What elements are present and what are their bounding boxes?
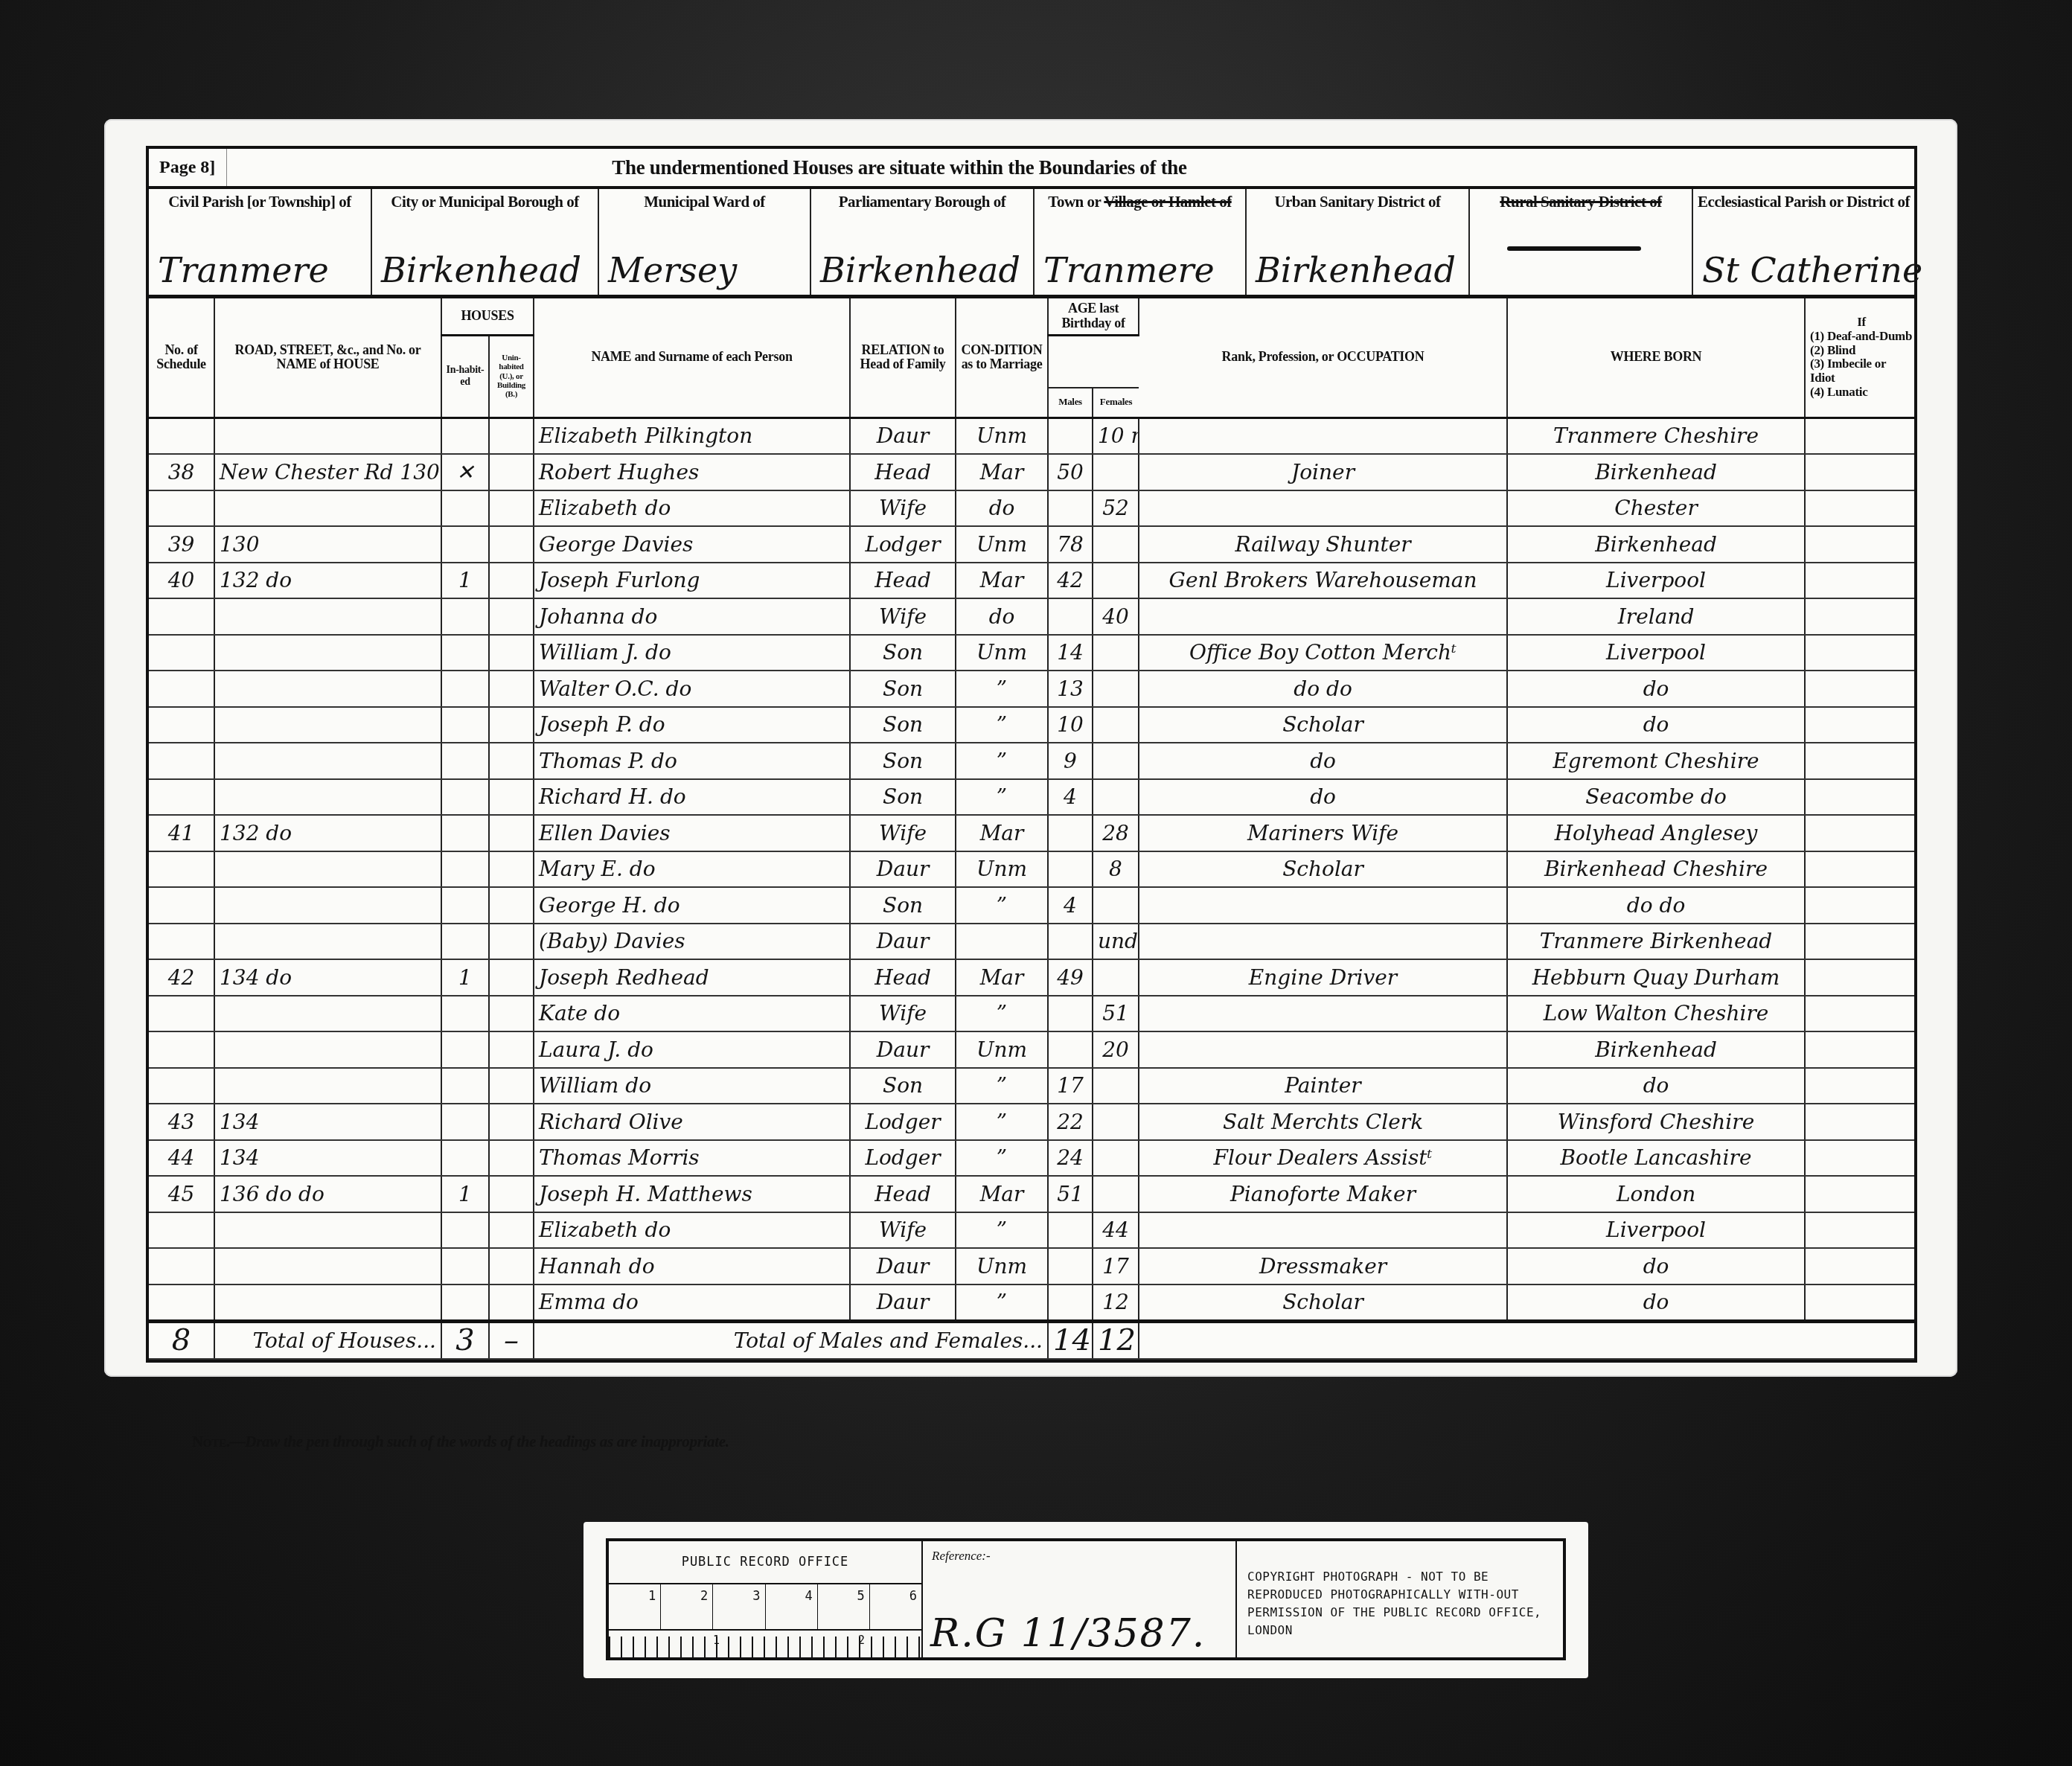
boundary-town: Town or Village or Hamlet of Tranmere <box>1035 189 1247 295</box>
infirmity-cell <box>1805 417 1914 454</box>
occupation-cell: Dressmaker <box>1139 1248 1507 1284</box>
table-row: 44134Thomas MorrisLodger”24Flour Dealers… <box>149 1140 1914 1177</box>
inhabited-cell <box>441 1068 489 1104</box>
where-born-cell: do do <box>1507 887 1805 924</box>
infirmity-cell <box>1805 1212 1914 1249</box>
name-cell: Richard H. do <box>534 779 850 816</box>
female-age-cell <box>1093 707 1139 743</box>
col-males: Males <box>1048 388 1093 418</box>
schedule-cell: 45 <box>149 1176 214 1212</box>
name-cell: George H. do <box>534 887 850 924</box>
female-age-cell <box>1093 1176 1139 1212</box>
where-born-cell: Egremont Cheshire <box>1507 743 1805 779</box>
schedule-cell <box>149 671 214 707</box>
where-born-cell: Birkenhead <box>1507 454 1805 490</box>
census-table: No. of Schedule ROAD, STREET, &c., and N… <box>149 298 1914 1360</box>
total-schedules: 8 <box>149 1322 214 1359</box>
uninhabited-cell <box>489 1176 534 1212</box>
name-cell: William do <box>534 1068 850 1104</box>
road-cell: 134 do <box>214 959 441 996</box>
where-born-cell: Chester <box>1507 490 1805 527</box>
where-born-cell: do <box>1507 1284 1805 1322</box>
where-born-cell: Tranmere Cheshire <box>1507 417 1805 454</box>
condition-cell: Unm <box>956 635 1048 671</box>
record-office-label: PUBLIC RECORD OFFICE 1 2 3 4 5 6 1 2 Ref… <box>583 1522 1588 1678</box>
uninhabited-cell <box>489 454 534 490</box>
inhabited-cell <box>441 851 489 888</box>
female-age-cell <box>1093 779 1139 816</box>
inhabited-cell <box>441 635 489 671</box>
male-age-cell <box>1048 490 1093 527</box>
infirmity-cell <box>1805 1284 1914 1322</box>
inhabited-cell <box>441 924 489 960</box>
uninhabited-cell <box>489 851 534 888</box>
ruler-ticks <box>609 1637 921 1657</box>
schedule-cell <box>149 417 214 454</box>
female-age-cell: 40 <box>1093 598 1139 635</box>
infirmity-cell <box>1805 563 1914 599</box>
where-born-cell: London <box>1507 1176 1805 1212</box>
table-row: 45136 do do1Joseph H. MatthewsHeadMar51P… <box>149 1176 1914 1212</box>
col-females: Females <box>1093 388 1139 418</box>
struck-heading: Village or Hamlet of <box>1104 193 1231 211</box>
where-born-cell: Liverpool <box>1507 563 1805 599</box>
where-born-cell: do <box>1507 671 1805 707</box>
uninhabited-cell <box>489 1284 534 1322</box>
infirmity-cell <box>1805 454 1914 490</box>
road-cell <box>214 887 441 924</box>
inhabited-cell <box>441 417 489 454</box>
table-row: Richard H. doSon”4doSeacombe do <box>149 779 1914 816</box>
female-age-cell: under 1 mo <box>1093 924 1139 960</box>
col-occupation: Rank, Profession, or OCCUPATION <box>1139 298 1507 417</box>
where-born-cell: Holyhead Anglesey <box>1507 815 1805 851</box>
inhabited-cell <box>441 779 489 816</box>
totals-row: 8 Total of Houses... 3 – Total of Males … <box>149 1322 1914 1359</box>
boundaries-row: Civil Parish [or Township] of Tranmere C… <box>149 189 1914 298</box>
name-cell: Elizabeth Pilkington <box>534 417 850 454</box>
condition-cell: ” <box>956 707 1048 743</box>
relation-cell: Son <box>850 635 956 671</box>
female-age-cell: 8 <box>1093 851 1139 888</box>
table-row: William J. doSonUnm14Office Boy Cotton M… <box>149 635 1914 671</box>
relation-cell: Wife <box>850 1212 956 1249</box>
relation-cell: Son <box>850 1068 956 1104</box>
occupation-cell <box>1139 996 1507 1032</box>
occupation-cell <box>1139 598 1507 635</box>
road-cell <box>214 598 441 635</box>
occupation-cell <box>1139 490 1507 527</box>
boundary-civil-parish: Civil Parish [or Township] of Tranmere <box>149 189 372 295</box>
female-age-cell <box>1093 1068 1139 1104</box>
name-cell: Elizabeth do <box>534 1212 850 1249</box>
where-born-cell: Ireland <box>1507 598 1805 635</box>
col-road: ROAD, STREET, &c., and No. or NAME of HO… <box>214 298 441 417</box>
female-age-cell: 12 <box>1093 1284 1139 1322</box>
schedule-cell: 39 <box>149 526 214 563</box>
boundary-value: Tranmere <box>1043 250 1215 290</box>
schedule-cell: 38 <box>149 454 214 490</box>
table-row: 42134 do1Joseph RedheadHeadMar49Engine D… <box>149 959 1914 996</box>
infirmity-cell <box>1805 1140 1914 1177</box>
occupation-cell <box>1139 1031 1507 1068</box>
table-row: Kate doWife”51Low Walton Cheshire <box>149 996 1914 1032</box>
inhabited-cell <box>441 887 489 924</box>
copyright-notice: COPYRIGHT PHOTOGRAPH - NOT TO BE REPRODU… <box>1237 1541 1563 1657</box>
male-age-cell: 49 <box>1048 959 1093 996</box>
uninhabited-cell <box>489 996 534 1032</box>
table-row: Walter O.C. doSon”13do dodo <box>149 671 1914 707</box>
schedule-cell <box>149 1248 214 1284</box>
boundary-ecclesiastical-parish: Ecclesiastical Parish or District of St … <box>1693 189 1914 295</box>
col-infirmity: If (1) Deaf-and-Dumb (2) Blind (3) Imbec… <box>1805 298 1914 417</box>
male-age-cell <box>1048 417 1093 454</box>
road-cell: 134 <box>214 1104 441 1140</box>
uninhabited-cell <box>489 743 534 779</box>
where-born-cell: Liverpool <box>1507 1212 1805 1249</box>
female-age-cell: 52 <box>1093 490 1139 527</box>
relation-cell: Wife <box>850 598 956 635</box>
table-row: 43134Richard OliveLodger”22Salt Merchts … <box>149 1104 1914 1140</box>
road-cell <box>214 1212 441 1249</box>
female-age-cell: 28 <box>1093 815 1139 851</box>
condition-cell: Mar <box>956 454 1048 490</box>
name-cell: (Baby) Davies <box>534 924 850 960</box>
page-number: Page 8] <box>149 149 227 186</box>
uninhabited-cell <box>489 924 534 960</box>
table-row: Elizabeth PilkingtonDaurUnm10 moTranmere… <box>149 417 1914 454</box>
female-age-cell <box>1093 887 1139 924</box>
relation-cell: Head <box>850 1176 956 1212</box>
relation-cell: Lodger <box>850 1140 956 1177</box>
infirmity-cell <box>1805 1068 1914 1104</box>
male-age-cell <box>1048 815 1093 851</box>
inhabited-cell <box>441 1140 489 1177</box>
infirmity-cell <box>1805 1031 1914 1068</box>
occupation-cell: Joiner <box>1139 454 1507 490</box>
condition-cell: ” <box>956 887 1048 924</box>
male-age-cell <box>1048 924 1093 960</box>
reference-box: Reference:- R.G 11/3587. <box>923 1541 1237 1657</box>
census-form: Page 8] The undermentioned Houses are si… <box>146 146 1917 1363</box>
col-schedule: No. of Schedule <box>149 298 214 417</box>
uninhabited-cell <box>489 887 534 924</box>
table-row: Emma doDaur”12Scholardo <box>149 1284 1914 1322</box>
inhabited-cell <box>441 1248 489 1284</box>
condition-cell: Mar <box>956 1176 1048 1212</box>
infirmity-cell <box>1805 490 1914 527</box>
col-condition: CON-DITION as to Marriage <box>956 298 1048 417</box>
table-row: (Baby) DaviesDaurunder 1 moTranmere Birk… <box>149 924 1914 960</box>
male-age-cell: 24 <box>1048 1140 1093 1177</box>
relation-cell: Son <box>850 671 956 707</box>
table-row: 41132 doEllen DaviesWifeMar28Mariners Wi… <box>149 815 1914 851</box>
male-age-cell <box>1048 1031 1093 1068</box>
where-born-cell: Tranmere Birkenhead <box>1507 924 1805 960</box>
boundary-rural-sanitary: Rural Sanitary District of <box>1470 189 1693 295</box>
occupation-cell <box>1139 1212 1507 1249</box>
blank-dash-mark <box>1507 246 1641 251</box>
infirmity-cell <box>1805 743 1914 779</box>
female-age-cell <box>1093 1140 1139 1177</box>
condition-cell: ” <box>956 779 1048 816</box>
condition-cell: Unm <box>956 1031 1048 1068</box>
female-age-cell <box>1093 959 1139 996</box>
occupation-cell: do <box>1139 779 1507 816</box>
schedule-cell <box>149 598 214 635</box>
name-cell: Walter O.C. do <box>534 671 850 707</box>
total-persons-label: Total of Males and Females... <box>534 1322 1048 1359</box>
road-cell <box>214 671 441 707</box>
infirmity-cell <box>1805 887 1914 924</box>
table-row: 38New Chester Rd 130✕Robert HughesHeadMa… <box>149 454 1914 490</box>
name-cell: Joseph Redhead <box>534 959 850 996</box>
table-row: Thomas P. doSon”9doEgremont Cheshire <box>149 743 1914 779</box>
infirmity-cell <box>1805 1248 1914 1284</box>
occupation-cell: Engine Driver <box>1139 959 1507 996</box>
where-born-cell: do <box>1507 1068 1805 1104</box>
uninhabited-cell <box>489 779 534 816</box>
where-born-cell: Winsford Cheshire <box>1507 1104 1805 1140</box>
occupation-cell: Pianoforte Maker <box>1139 1176 1507 1212</box>
occupation-cell: do <box>1139 743 1507 779</box>
infirmity-cell <box>1805 779 1914 816</box>
condition-cell: ” <box>956 1104 1048 1140</box>
schedule-cell: 40 <box>149 563 214 599</box>
inhabited-cell <box>441 815 489 851</box>
occupation-cell: Flour Dealers Assistᵗ <box>1139 1140 1507 1177</box>
relation-cell: Daur <box>850 1248 956 1284</box>
road-cell <box>214 635 441 671</box>
occupation-cell: Painter <box>1139 1068 1507 1104</box>
female-age-cell: 44 <box>1093 1212 1139 1249</box>
condition-cell: ” <box>956 1068 1048 1104</box>
table-row: Hannah doDaurUnm17Dressmakerdo <box>149 1248 1914 1284</box>
name-cell: Kate do <box>534 996 850 1032</box>
name-cell: Laura J. do <box>534 1031 850 1068</box>
table-row: Mary E. doDaurUnm8ScholarBirkenhead Ches… <box>149 851 1914 888</box>
record-office-title: PUBLIC RECORD OFFICE <box>609 1541 921 1584</box>
schedule-cell <box>149 707 214 743</box>
table-row: Elizabeth doWifedo52Chester <box>149 490 1914 527</box>
where-born-cell: do <box>1507 1248 1805 1284</box>
uninhabited-cell <box>489 1031 534 1068</box>
male-age-cell <box>1048 1284 1093 1322</box>
road-cell: 130 <box>214 526 441 563</box>
name-cell: Thomas P. do <box>534 743 850 779</box>
female-age-cell <box>1093 635 1139 671</box>
table-row: Johanna doWifedo40Ireland <box>149 598 1914 635</box>
male-age-cell <box>1048 1212 1093 1249</box>
boundary-value: St Catherine <box>1702 250 1922 290</box>
intro-text: The undermentioned Houses are situate wi… <box>227 156 1914 179</box>
schedule-cell <box>149 924 214 960</box>
name-cell: Joseph Furlong <box>534 563 850 599</box>
inhabited-cell <box>441 743 489 779</box>
road-cell <box>214 417 441 454</box>
infirmity-cell <box>1805 598 1914 635</box>
male-age-cell: 4 <box>1048 887 1093 924</box>
schedule-cell: 43 <box>149 1104 214 1140</box>
schedule-cell <box>149 1284 214 1322</box>
table-row: Laura J. doDaurUnm20Birkenhead <box>149 1031 1914 1068</box>
table-row: Joseph P. doSon”10Scholardo <box>149 707 1914 743</box>
occupation-cell: do do <box>1139 671 1507 707</box>
infirmity-cell <box>1805 1176 1914 1212</box>
inhabited-cell <box>441 707 489 743</box>
uninhabited-cell <box>489 490 534 527</box>
schedule-cell <box>149 851 214 888</box>
occupation-cell <box>1139 924 1507 960</box>
table-row: 40132 do1Joseph FurlongHeadMar42Genl Bro… <box>149 563 1914 599</box>
inhabited-cell: 1 <box>441 959 489 996</box>
infirmity-cell <box>1805 707 1914 743</box>
total-males: 14 <box>1048 1322 1093 1359</box>
schedule-cell: 42 <box>149 959 214 996</box>
col-relation: RELATION to Head of Family <box>850 298 956 417</box>
road-cell <box>214 1068 441 1104</box>
record-office-box: PUBLIC RECORD OFFICE 1 2 3 4 5 6 1 2 <box>609 1541 923 1657</box>
where-born-cell: Birkenhead <box>1507 526 1805 563</box>
infirmity-cell <box>1805 851 1914 888</box>
male-age-cell <box>1048 598 1093 635</box>
condition-cell: Mar <box>956 563 1048 599</box>
schedule-cell: 41 <box>149 815 214 851</box>
table-row: George H. doSon”4do do <box>149 887 1914 924</box>
relation-cell: Lodger <box>850 1104 956 1140</box>
schedule-cell <box>149 1068 214 1104</box>
road-cell <box>214 490 441 527</box>
infirmity-cell <box>1805 959 1914 996</box>
col-name: NAME and Surname of each Person <box>534 298 850 417</box>
male-age-cell: 13 <box>1048 671 1093 707</box>
male-age-cell: 22 <box>1048 1104 1093 1140</box>
inhabited-cell: ✕ <box>441 454 489 490</box>
inhabited-cell <box>441 1212 489 1249</box>
schedule-cell: 44 <box>149 1140 214 1177</box>
condition-cell: ” <box>956 1140 1048 1177</box>
relation-cell: Wife <box>850 815 956 851</box>
table-row: 39130George DaviesLodgerUnm78Railway Shu… <box>149 526 1914 563</box>
condition-cell: do <box>956 598 1048 635</box>
male-age-cell: 4 <box>1048 779 1093 816</box>
road-cell <box>214 1248 441 1284</box>
condition-cell: ” <box>956 1212 1048 1249</box>
scale-top: 1 2 3 4 5 6 <box>609 1584 921 1631</box>
where-born-cell: Low Walton Cheshire <box>1507 996 1805 1032</box>
infirmity-cell <box>1805 526 1914 563</box>
form-note: Note.—Draw the pen through such of the w… <box>192 1433 729 1451</box>
col-age: AGE last Birthday of <box>1048 298 1139 335</box>
reference-value: R.G 11/3587. <box>930 1611 1206 1656</box>
relation-cell: Son <box>850 743 956 779</box>
scale-ruler: 1 2 <box>609 1631 921 1657</box>
female-age-cell: 20 <box>1093 1031 1139 1068</box>
inhabited-cell <box>441 490 489 527</box>
male-age-cell: 17 <box>1048 1068 1093 1104</box>
col-inhabited: In-habit-ed <box>441 335 489 417</box>
infirmity-cell <box>1805 671 1914 707</box>
boundary-value: Mersey <box>608 250 737 290</box>
struck-heading: Rural Sanitary District of <box>1474 193 1687 210</box>
name-cell: Mary E. do <box>534 851 850 888</box>
uninhabited-cell <box>489 417 534 454</box>
occupation-cell: Mariners Wife <box>1139 815 1507 851</box>
boundary-municipal-borough: City or Municipal Borough of Birkenhead <box>372 189 599 295</box>
relation-cell: Son <box>850 707 956 743</box>
relation-cell: Daur <box>850 924 956 960</box>
col-where-born: WHERE BORN <box>1507 298 1805 417</box>
female-age-cell <box>1093 671 1139 707</box>
condition-cell: Unm <box>956 526 1048 563</box>
road-cell <box>214 1284 441 1322</box>
condition-cell: Unm <box>956 417 1048 454</box>
name-cell: Ellen Davies <box>534 815 850 851</box>
male-age-cell: 51 <box>1048 1176 1093 1212</box>
condition-cell: do <box>956 490 1048 527</box>
name-cell: Thomas Morris <box>534 1140 850 1177</box>
total-inhabited: 3 <box>441 1322 489 1359</box>
relation-cell: Head <box>850 563 956 599</box>
condition-cell: ” <box>956 743 1048 779</box>
schedule-cell <box>149 743 214 779</box>
female-age-cell <box>1093 454 1139 490</box>
infirmity-cell <box>1805 924 1914 960</box>
inhabited-cell <box>441 996 489 1032</box>
male-age-cell: 78 <box>1048 526 1093 563</box>
relation-cell: Head <box>850 454 956 490</box>
name-cell: Elizabeth do <box>534 490 850 527</box>
total-houses-label: Total of Houses... <box>214 1322 441 1359</box>
condition-cell: Mar <box>956 959 1048 996</box>
infirmity-cell <box>1805 815 1914 851</box>
name-cell: George Davies <box>534 526 850 563</box>
condition-cell: ” <box>956 996 1048 1032</box>
relation-cell: Daur <box>850 851 956 888</box>
name-cell: Joseph P. do <box>534 707 850 743</box>
occupation-cell: Scholar <box>1139 851 1507 888</box>
road-cell: New Chester Rd 130 <box>214 454 441 490</box>
male-age-cell: 10 <box>1048 707 1093 743</box>
road-cell <box>214 996 441 1032</box>
col-houses: HOUSES <box>441 298 534 335</box>
form-title-line: Page 8] The undermentioned Houses are si… <box>149 149 1914 189</box>
inhabited-cell <box>441 671 489 707</box>
infirmity-cell <box>1805 996 1914 1032</box>
boundary-value: Birkenhead <box>381 250 581 290</box>
uninhabited-cell <box>489 707 534 743</box>
condition-cell: Unm <box>956 851 1048 888</box>
schedule-cell <box>149 490 214 527</box>
male-age-cell <box>1048 996 1093 1032</box>
name-cell: Hannah do <box>534 1248 850 1284</box>
total-females: 12 <box>1093 1322 1139 1359</box>
road-cell: 132 do <box>214 563 441 599</box>
occupation-cell: Salt Merchts Clerk <box>1139 1104 1507 1140</box>
relation-cell: Daur <box>850 1031 956 1068</box>
relation-cell: Head <box>850 959 956 996</box>
name-cell: Emma do <box>534 1284 850 1322</box>
occupation-cell <box>1139 887 1507 924</box>
female-age-cell: 51 <box>1093 996 1139 1032</box>
uninhabited-cell <box>489 1248 534 1284</box>
schedule-cell <box>149 996 214 1032</box>
condition-cell: Unm <box>956 1248 1048 1284</box>
uninhabited-cell <box>489 598 534 635</box>
uninhabited-cell <box>489 1140 534 1177</box>
uninhabited-cell <box>489 563 534 599</box>
where-born-cell: Birkenhead Cheshire <box>1507 851 1805 888</box>
